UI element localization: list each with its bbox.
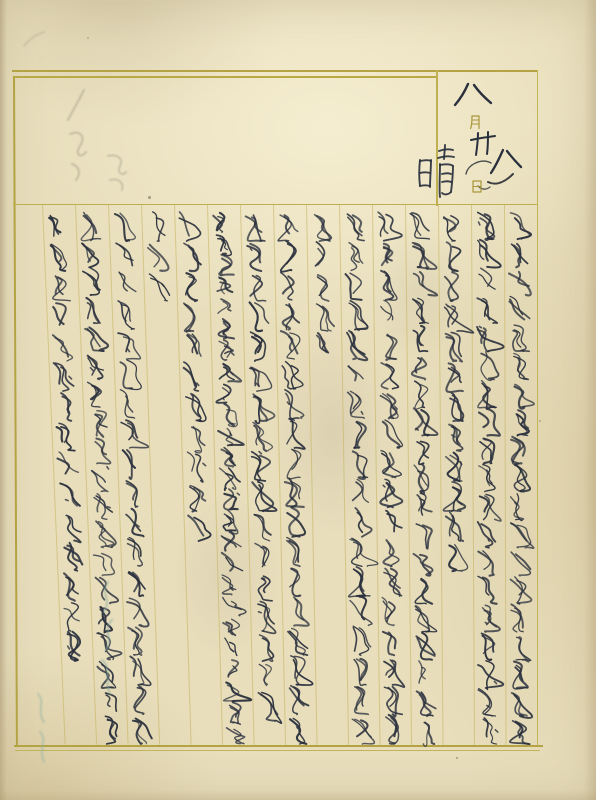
- printed-month-character: [469, 114, 481, 130]
- diary-text-column-7: [309, 209, 340, 367]
- handwritten-weather: [413, 144, 455, 200]
- bleed-through-mark: [18, 26, 48, 54]
- bleed-through-mark: [60, 86, 94, 186]
- paper-speck: [539, 420, 541, 422]
- border-line-top-outer: [12, 70, 436, 72]
- handwritten-month-numeral: [452, 80, 494, 110]
- border-line-bottom-outer: [14, 745, 543, 747]
- ink-blot: [458, 156, 514, 192]
- date-box-top-line: [436, 70, 537, 72]
- bleed-through-mark: [26, 686, 60, 778]
- printed-day-character: [471, 179, 483, 194]
- bleed-through-mark: [100, 150, 134, 198]
- diary-text-column-1: [507, 209, 536, 750]
- border-line-left: [13, 76, 17, 747]
- border-line-right: [537, 70, 538, 746]
- diary-text-column-12: [144, 209, 175, 308]
- diary-text-column-4: [408, 209, 441, 750]
- bleed-through-mark: [90, 576, 134, 706]
- paper-speck: [456, 757, 458, 759]
- paper-speck: [87, 37, 89, 39]
- border-line-bottom-inner: [15, 750, 540, 751]
- diary-text-column-3: [441, 209, 472, 577]
- diary-text-column-2: [474, 209, 504, 750]
- diary-page: [0, 0, 596, 800]
- border-line-top-inner: [13, 76, 436, 78]
- diary-text-column-5: [375, 209, 410, 750]
- paper-speck: [148, 196, 151, 199]
- header-divider-line: [13, 204, 537, 205]
